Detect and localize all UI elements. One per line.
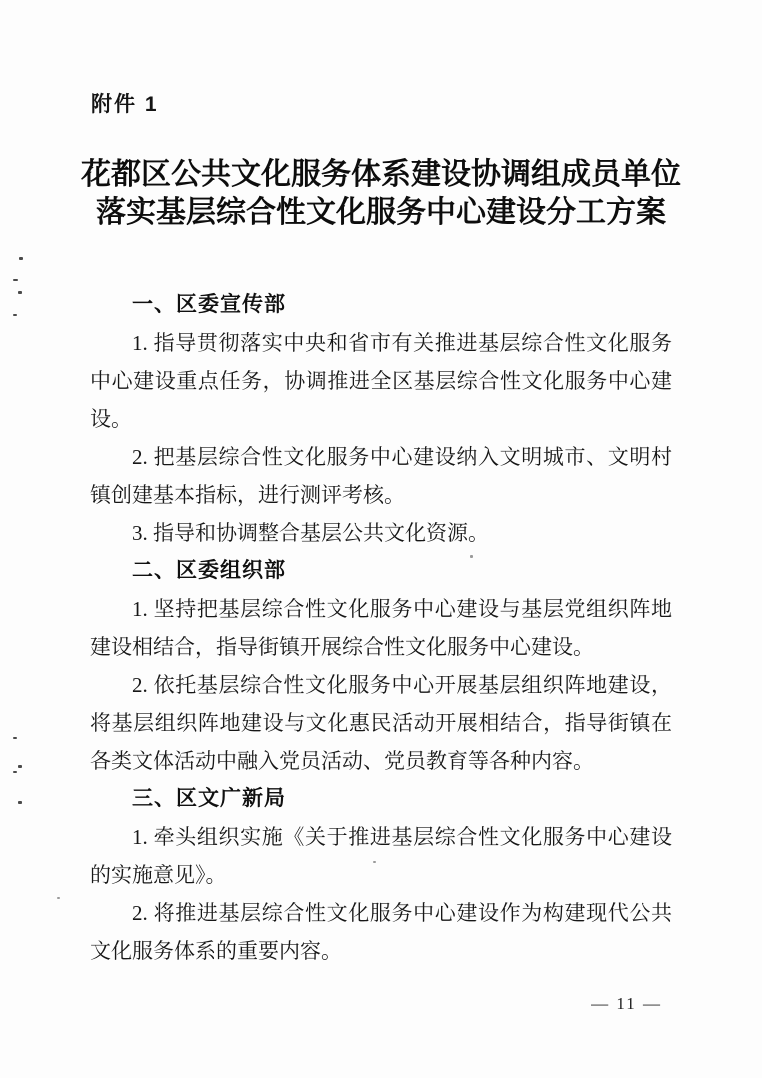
section-2-heading: 二、区委组织部 bbox=[90, 552, 672, 590]
document-title: 花都区公共文化服务体系建设协调组成员单位 落实基层综合性文化服务中心建设分工方案 bbox=[40, 156, 722, 232]
section-3-heading: 三、区文广新局 bbox=[90, 780, 672, 818]
attachment-label: 附件 1 bbox=[91, 88, 159, 118]
scan-speck bbox=[470, 555, 473, 558]
scan-speck bbox=[18, 801, 22, 804]
section-1-paragraph-1: 1. 指导贯彻落实中央和省市有关推进基层综合性文化服务中心建设重点任务，协调推进… bbox=[90, 324, 672, 438]
section-1-paragraph-3: 3. 指导和协调整合基层公共文化资源。 bbox=[90, 514, 672, 552]
scan-speck bbox=[13, 771, 17, 773]
scan-speck bbox=[18, 291, 22, 294]
section-3-paragraph-2: 2. 将推进基层综合性文化服务中心建设作为构建现代公共文化服务体系的重要内容。 bbox=[90, 894, 672, 970]
scan-speck bbox=[13, 314, 17, 316]
scan-speck bbox=[57, 897, 60, 899]
scan-speck bbox=[373, 861, 376, 863]
scan-speck bbox=[19, 257, 23, 260]
document-body: 一、区委宣传部 1. 指导贯彻落实中央和省市有关推进基层综合性文化服务中心建设重… bbox=[90, 286, 672, 970]
document-title-line-2: 落实基层综合性文化服务中心建设分工方案 bbox=[40, 194, 722, 232]
document-title-line-1: 花都区公共文化服务体系建设协调组成员单位 bbox=[40, 156, 722, 194]
section-3-paragraph-1: 1. 牵头组织实施《关于推进基层综合性文化服务中心建设的实施意见》。 bbox=[90, 818, 672, 894]
section-1-heading: 一、区委宣传部 bbox=[90, 286, 672, 324]
page-number: — 11 — bbox=[591, 994, 662, 1014]
section-2-paragraph-1: 1. 坚持把基层综合性文化服务中心建设与基层党组织阵地建设相结合，指导街镇开展综… bbox=[90, 590, 672, 666]
scan-speck bbox=[13, 737, 17, 739]
scanned-document-page: 附件 1 花都区公共文化服务体系建设协调组成员单位 落实基层综合性文化服务中心建… bbox=[0, 0, 762, 1078]
section-1-paragraph-2: 2. 把基层综合性文化服务中心建设纳入文明城市、文明村镇创建基本指标，进行测评考… bbox=[90, 438, 672, 514]
scan-speck bbox=[13, 279, 18, 281]
scan-speck bbox=[18, 765, 22, 768]
section-2-paragraph-2: 2. 依托基层综合性文化服务中心开展基层组织阵地建设，将基层组织阵地建设与文化惠… bbox=[90, 666, 672, 780]
